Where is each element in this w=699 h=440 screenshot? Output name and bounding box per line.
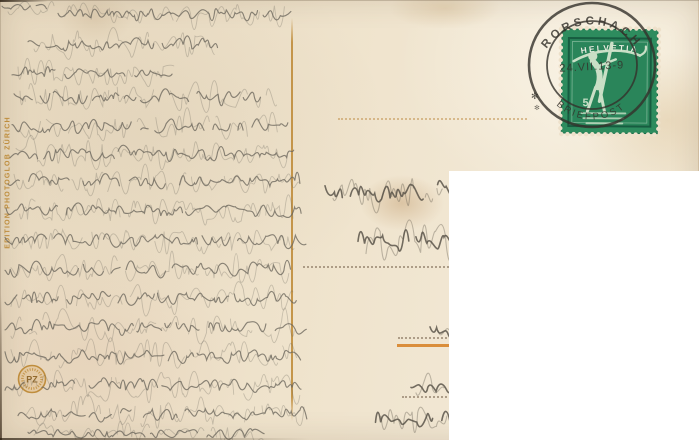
photo-edge-top-left bbox=[0, 0, 48, 2]
svg-text:RORSCHACH: RORSCHACH bbox=[539, 15, 643, 50]
postmark-side-mark: ✻ bbox=[531, 91, 539, 101]
svg-text:BRIEFPOST: BRIEFPOST bbox=[554, 99, 628, 123]
stamp-value: 5 bbox=[582, 97, 588, 109]
stamp-perforation bbox=[558, 26, 661, 137]
address-solid-line bbox=[397, 344, 454, 347]
postmark-bottom-text: BRIEFPOST bbox=[554, 99, 628, 123]
address-dotted-line-1 bbox=[338, 118, 527, 120]
center-divider-line bbox=[291, 18, 293, 421]
postmark-date: 24.VII.13-9 bbox=[559, 59, 624, 74]
stamp-figure bbox=[573, 43, 646, 124]
privacy-overlay bbox=[449, 171, 699, 440]
photo-edge-top bbox=[0, 0, 699, 1]
address-dotted-line-2 bbox=[303, 266, 453, 268]
publisher-imprint: EDITION PHOTOGLOB ZÜRICH bbox=[5, 103, 18, 263]
postmark-town: RORSCHACH bbox=[539, 15, 643, 50]
stamp-inscription: HELVETIA bbox=[580, 43, 639, 56]
svg-text:HELVETIA: HELVETIA bbox=[580, 43, 639, 56]
photo-edge-left-bottom bbox=[0, 295, 2, 440]
postmark-side-mark-2: ✻ bbox=[534, 104, 540, 112]
postcard-back: EDITION PHOTOGLOB ZÜRICH PZ HELVETIA bbox=[0, 0, 699, 440]
publisher-logo-monogram: PZ bbox=[26, 375, 38, 385]
address-dotted-line-3 bbox=[398, 337, 454, 339]
address-dotted-line-4 bbox=[402, 396, 454, 398]
